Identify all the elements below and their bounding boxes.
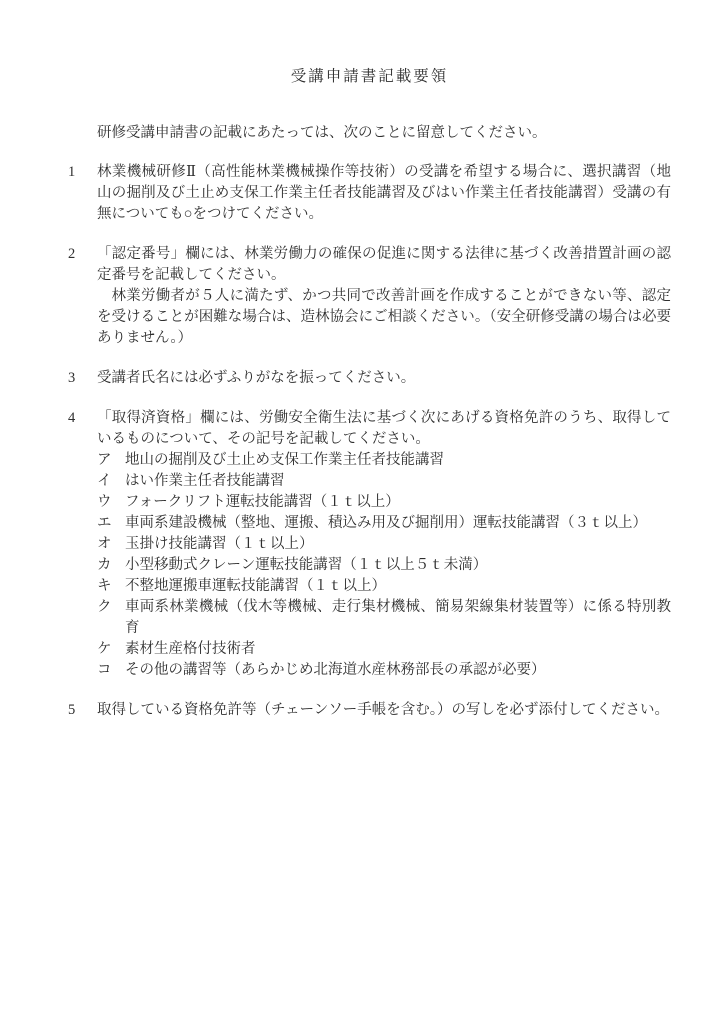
qualification-item: コ その他の講習等（あらかじめ北海道水産林務部長の承認が必要） [97, 660, 671, 681]
qualification-item: ク 車両系林業機械（伐木等機械、走行集材機械、簡易架線集材装置等）に係る特別教育 [97, 597, 671, 639]
notice-item-5: 5 取得している資格免許等（チェーンソー手帳を含む。）の写しを必ず添付してくださ… [68, 700, 671, 721]
qualification-text: その他の講習等（あらかじめ北海道水産林務部長の承認が必要） [125, 660, 671, 681]
item-number: 4 [68, 408, 97, 681]
notice-item-4: 4 「取得済資格」欄には、労働安全衛生法に基づく次にあげる資格免許のうち、取得し… [68, 408, 671, 681]
qualification-letter: ク [97, 597, 125, 639]
qualification-item: オ 玉掛け技能講習（１ｔ以上） [97, 534, 671, 555]
intro-text: 研修受講申請書の記載にあたっては、次のことに留意してください。 [68, 123, 671, 144]
qualification-item: ア 地山の掘削及び土止め支保工作業主任者技能講習 [97, 450, 671, 471]
qualification-text: はい作業主任者技能講習 [125, 471, 671, 492]
notice-item-1: 1 林業機械研修Ⅱ（高性能林業機械操作等技術）の受講を希望する場合に、選択講習（… [68, 162, 671, 225]
item-text: 林業機械研修Ⅱ（高性能林業機械操作等技術）の受講を希望する場合に、選択講習（地山… [97, 162, 671, 225]
item-text-2: 林業労働者が５人に満たず、かつ共同で改善計画を作成することができない等、認定を受… [97, 286, 671, 349]
qualification-text: 車両系林業機械（伐木等機械、走行集材機械、簡易架線集材装置等）に係る特別教育 [125, 597, 671, 639]
qualification-item: キ 不整地運搬車運転技能講習（１ｔ以上） [97, 576, 671, 597]
item-text: 取得している資格免許等（チェーンソー手帳を含む。）の写しを必ず添付してください。 [97, 700, 671, 721]
item-text: 受講者氏名には必ずふりがなを振ってください。 [97, 368, 671, 389]
qualification-letter: ア [97, 450, 125, 471]
qualification-text: フォークリフト運転技能講習（１ｔ以上） [125, 492, 671, 513]
page-title: 受講申請書記載要領 [68, 66, 671, 87]
qualification-text: 不整地運搬車運転技能講習（１ｔ以上） [125, 576, 671, 597]
qualification-letter: カ [97, 555, 125, 576]
item-number: 2 [68, 244, 97, 349]
qualification-text: 地山の掘削及び土止め支保工作業主任者技能講習 [125, 450, 671, 471]
qualification-item: エ 車両系建設機械（整地、運搬、積込み用及び掘削用）運転技能講習（３ｔ以上） [97, 513, 671, 534]
qualification-letter: オ [97, 534, 125, 555]
qualification-item: ウ フォークリフト運転技能講習（１ｔ以上） [97, 492, 671, 513]
item-text: 「認定番号」欄には、林業労働力の確保の促進に関する法律に基づく改善措置計画の認定… [97, 244, 671, 286]
qualification-letter: キ [97, 576, 125, 597]
qualification-text: 車両系建設機械（整地、運搬、積込み用及び掘削用）運転技能講習（３ｔ以上） [125, 513, 671, 534]
qualification-letter: ウ [97, 492, 125, 513]
qualification-text: 素材生産格付技術者 [125, 639, 671, 660]
qualification-list: ア 地山の掘削及び土止め支保工作業主任者技能講習 イ はい作業主任者技能講習 ウ… [97, 450, 671, 681]
qualification-text: 小型移動式クレーン運転技能講習（１ｔ以上５ｔ未満） [125, 555, 671, 576]
qualification-letter: エ [97, 513, 125, 534]
qualification-letter: ケ [97, 639, 125, 660]
item-number: 1 [68, 162, 97, 225]
item-number: 3 [68, 368, 97, 389]
qualification-item: イ はい作業主任者技能講習 [97, 471, 671, 492]
qualification-text: 玉掛け技能講習（１ｔ以上） [125, 534, 671, 555]
qualification-item: カ 小型移動式クレーン運転技能講習（１ｔ以上５ｔ未満） [97, 555, 671, 576]
document-page: 受講申請書記載要領 研修受講申請書の記載にあたっては、次のことに留意してください… [0, 0, 723, 1024]
item-number: 5 [68, 700, 97, 721]
item-text: 「取得済資格」欄には、労働安全衛生法に基づく次にあげる資格免許のうち、取得してい… [97, 408, 671, 450]
notice-item-3: 3 受講者氏名には必ずふりがなを振ってください。 [68, 368, 671, 389]
qualification-letter: イ [97, 471, 125, 492]
qualification-item: ケ 素材生産格付技術者 [97, 639, 671, 660]
qualification-letter: コ [97, 660, 125, 681]
notice-item-2: 2 「認定番号」欄には、林業労働力の確保の促進に関する法律に基づく改善措置計画の… [68, 244, 671, 349]
